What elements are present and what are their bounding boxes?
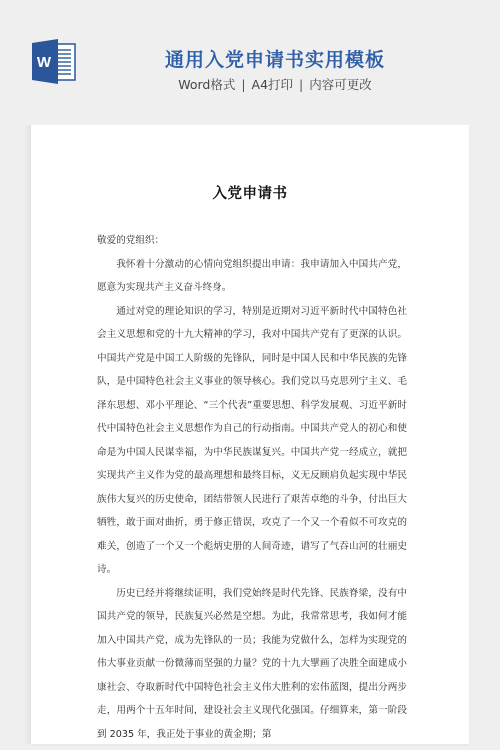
paragraph: 通过对党的理论知识的学习，特别是近期对习近平新时代中国特色社会主义思想和党的十九… [97,300,407,582]
document-body: 敬爱的党组织： 我怀着十分激动的心情向党组织提出申请：我申请加入中国共产党，愿意… [97,229,407,744]
separator: | [299,77,303,92]
word-document-icon: W [31,39,77,84]
paragraph: 我怀着十分激动的心情向党组织提出申请：我申请加入中国共产党，愿意为实现共产主义奋… [97,253,407,300]
print-label: A4打印 [252,77,294,92]
template-subtitle: Word格式 | A4打印 | 内容可更改 [140,75,410,93]
editable-label: 内容可更改 [309,77,372,92]
salutation: 敬爱的党组织： [97,229,407,253]
template-title: 通用入党申请书实用模板 [140,45,410,72]
header-banner: W 通用入党申请书实用模板 Word格式 | A4打印 | 内容可更改 [0,0,500,120]
svg-text:W: W [37,54,52,71]
document-title: 入党申请书 [31,182,469,203]
separator: | [241,77,245,92]
format-label: Word格式 [178,77,235,92]
document-page: 入党申请书 敬爱的党组织： 我怀着十分激动的心情向党组织提出申请：我申请加入中国… [31,125,469,744]
paragraph: 历史已经并将继续证明，我们党始终是时代先锋、民族脊梁，没有中国共产党的领导，民族… [97,582,407,745]
